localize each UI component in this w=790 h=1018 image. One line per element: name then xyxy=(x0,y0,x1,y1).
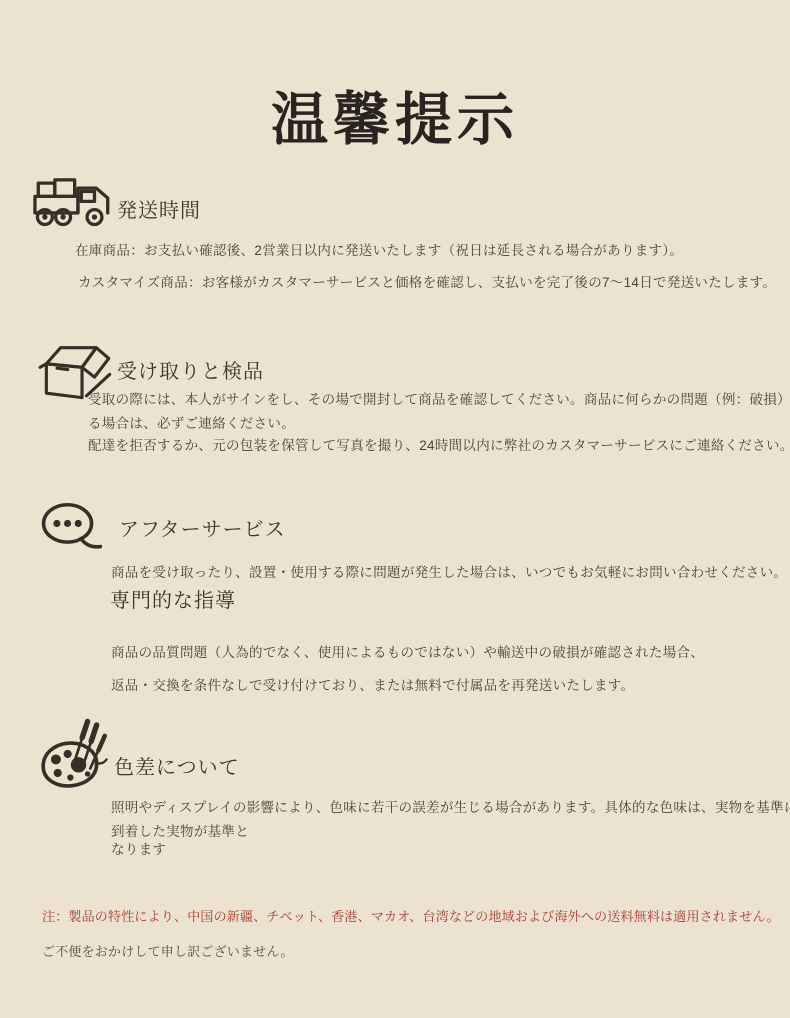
truck-icon xyxy=(30,176,116,230)
receiving-text-line2: る場合は、必ずご連絡ください。 xyxy=(88,412,295,432)
section-heading-color-difference: 色差について xyxy=(114,751,240,780)
shipping-text-line1: 在庫商品：お支払い確認後、2営業日以内に発送いたします（祝日は延長される場合があ… xyxy=(75,239,683,259)
section-heading-after-service: アフターサービス xyxy=(119,513,286,542)
subheading-professional-guidance: 専門的な指導 xyxy=(110,584,236,613)
notice-page: 温馨提示 発送時間 在庫商品：お支払い確認後、2営業日以内に発送いたし xyxy=(0,0,790,1018)
palette-icon xyxy=(36,716,112,792)
speech-bubble-icon xyxy=(40,499,104,555)
page-title: 温馨提示 xyxy=(0,74,790,156)
after-service-text-line3: 返品・交換を条件なしで受け付けており、または無料で付属品を再発送いたします。 xyxy=(111,674,634,694)
section-heading-shipping: 発送時間 xyxy=(117,194,201,223)
section-heading-receiving: 受け取りと検品 xyxy=(117,355,264,384)
color-difference-text-line3: なります xyxy=(111,838,166,858)
shipping-restriction-note: 注：製品の特性により、中国の新疆、チベット、香港、マカオ、台湾などの地域および海… xyxy=(42,906,780,925)
shipping-text-line2: カスタマイズ商品：お客様がカスタマーサービスと価格を確認し、支払いを完了後の7～… xyxy=(78,271,776,291)
after-service-text-line1: 商品を受け取ったり、設置・使用する際に問題が発生した場合は、いつでもお気軽にお問… xyxy=(111,561,787,581)
apology-note: ご不便をおかけして申し訳ございません。 xyxy=(42,941,294,960)
after-service-text-line2: 商品の品質問題（人為的でなく、使用によるものではない）や輸送中の破損が確認された… xyxy=(111,641,704,661)
receiving-text-line1: 受取の際には、本人がサインをし、その場で開封して商品を確認してください。商品に何… xyxy=(88,388,790,408)
receiving-text-line3: 配達を拒否するか、元の包装を保管して写真を撮り、24時間以内に弊社のカスタマーサ… xyxy=(88,434,790,454)
color-difference-text-line1: 照明やディスプレイの影響により、色味に若干の誤差が生じる場合があります。具体的な… xyxy=(111,796,790,816)
color-difference-text-line2: 到着した実物が基準と xyxy=(111,820,249,840)
